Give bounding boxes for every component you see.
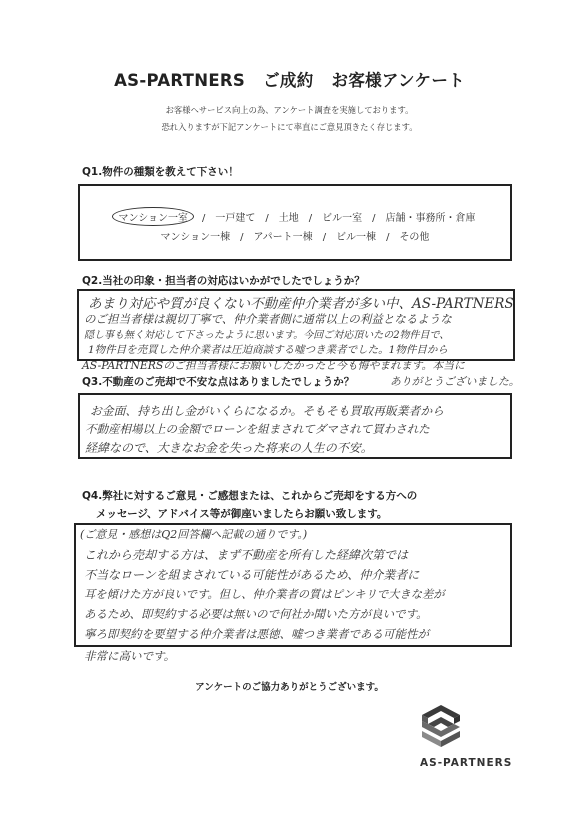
q4-answer-line-3: 不当なローンを組まされている可能性があるため、仲介業者に bbox=[84, 566, 419, 583]
q3-answer-line-1: お金面、持ち出し金がいくらになるか。そもそも買取再販業者から bbox=[90, 402, 444, 419]
q4-answer-line-7: 非常に高いです。 bbox=[84, 648, 175, 664]
separator: / bbox=[240, 232, 243, 243]
q4-question-line-1: Q4.弊社に対するご意見・ご感想または、これからご売却をする方への bbox=[82, 488, 417, 503]
brand-name: AS-PARTNERS bbox=[114, 71, 245, 90]
q1-option-detached-house[interactable]: 一戸建て bbox=[213, 209, 257, 224]
separator: / bbox=[309, 213, 312, 224]
q1-option-building-room[interactable]: ビル一室 bbox=[320, 209, 364, 224]
q1-option-other[interactable]: その他 bbox=[397, 228, 431, 243]
as-partners-logo-icon bbox=[420, 703, 462, 749]
page-title: AS-PARTNERSご成約お客様アンケート bbox=[0, 67, 579, 91]
q3-answer-line-3: 経緯なので、大きなお金を失った将来の人生の不安。 bbox=[85, 439, 373, 456]
thanks-message: アンケートのご協力ありがとうございます。 bbox=[0, 679, 579, 693]
q3-question: Q3.不動産のご売却で不安な点はありましたでしょうか？ bbox=[82, 374, 354, 389]
q1-option-whole-apartment[interactable]: アパート一棟 bbox=[251, 228, 314, 243]
q2-answer-line-5: AS-PARTNERSのご担当者様にお願いしたかったと今も悔やまれます。本当に bbox=[82, 358, 465, 373]
q2-answer-line-4: 1物件目を売買した仲介業者は圧迫商談する嘘つき業者でした。1物件目から bbox=[88, 342, 448, 357]
q4-answer-line-2: これから売却する方は、まず不動産を所有した経緯次第では bbox=[84, 546, 408, 563]
q2-question: Q2.当社の印象・担当者の対応はいかがでしたでしょうか？ bbox=[82, 273, 365, 288]
q2-answer-line-3: 隠し事も無く対応して下さったように思います。今回ご対応頂いたの2物件目で、 bbox=[84, 326, 449, 341]
q4-answer-line-5: あるため、即契約する必要は無いので何社か聞いた方が良いです。 bbox=[84, 606, 428, 622]
q1-option-whole-mansion[interactable]: マンション一棟 bbox=[159, 228, 233, 243]
q2-answer-line-6: ありがとうございました。 bbox=[390, 374, 520, 389]
q4-answer-line-4: 耳を傾けた方が良いです。但し、仲介業者の質はピンキリで大きな差が bbox=[84, 586, 445, 602]
q1-option-store-office-warehouse[interactable]: 店舗・事務所・倉庫 bbox=[384, 209, 478, 224]
title-part-survey: お客様アンケート bbox=[332, 71, 465, 90]
separator: / bbox=[202, 213, 205, 224]
separator: / bbox=[372, 213, 375, 224]
q4-answer-line-1: (ご意見・感想はQ2回答欄へ記載の通りです。) bbox=[80, 526, 307, 542]
q1-options-row-1: マンション一室/一戸建て/土地/ビル一室/店舗・事務所・倉庫 bbox=[80, 207, 510, 226]
intro-line-1: お客様へサービス向上の為、アンケート調査を実施しております。 bbox=[0, 104, 579, 116]
q1-option-land[interactable]: 土地 bbox=[277, 209, 301, 224]
q1-options-row-2: マンション一棟/アパート一棟/ビル一棟/その他 bbox=[80, 228, 510, 243]
q2-answer-line-2: のご担当者様は親切丁寧で、仲介業者側に通常以上の利益となるような bbox=[84, 311, 452, 327]
q1-option-whole-building[interactable]: ビル一棟 bbox=[334, 228, 378, 243]
footer-logo-text: AS-PARTNERS bbox=[420, 757, 512, 769]
intro-line-2: 恐れ入りますが下記アンケートにて率直にご意見頂きたく存じます。 bbox=[0, 121, 579, 133]
separator: / bbox=[265, 213, 268, 224]
q1-question: Q1.物件の種類を教えて下さい！ bbox=[82, 164, 239, 179]
q1-answer-box: マンション一室/一戸建て/土地/ビル一室/店舗・事務所・倉庫 マンション一棟/ア… bbox=[78, 184, 512, 261]
q4-question-line-2: メッセージ、アドバイス等が御座いましたらお願い致します。 bbox=[96, 506, 387, 521]
title-part-seiyaku: ご成約 bbox=[263, 71, 313, 90]
q3-answer-line-2: 不動産相場以上の金額でローンを組まされてダマされて買わされた bbox=[85, 421, 430, 437]
separator: / bbox=[323, 232, 326, 243]
q4-answer-line-6: 寧ろ即契約を要望する仲介業者は悪徳、嘘つき業者である可能性が bbox=[84, 626, 429, 642]
q1-option-mansion-room[interactable]: マンション一室 bbox=[112, 207, 194, 226]
separator: / bbox=[386, 232, 389, 243]
q2-answer-line-1: あまり対応や質が良くない不動産仲介業者が多い中、AS-PARTNERS bbox=[88, 292, 514, 312]
